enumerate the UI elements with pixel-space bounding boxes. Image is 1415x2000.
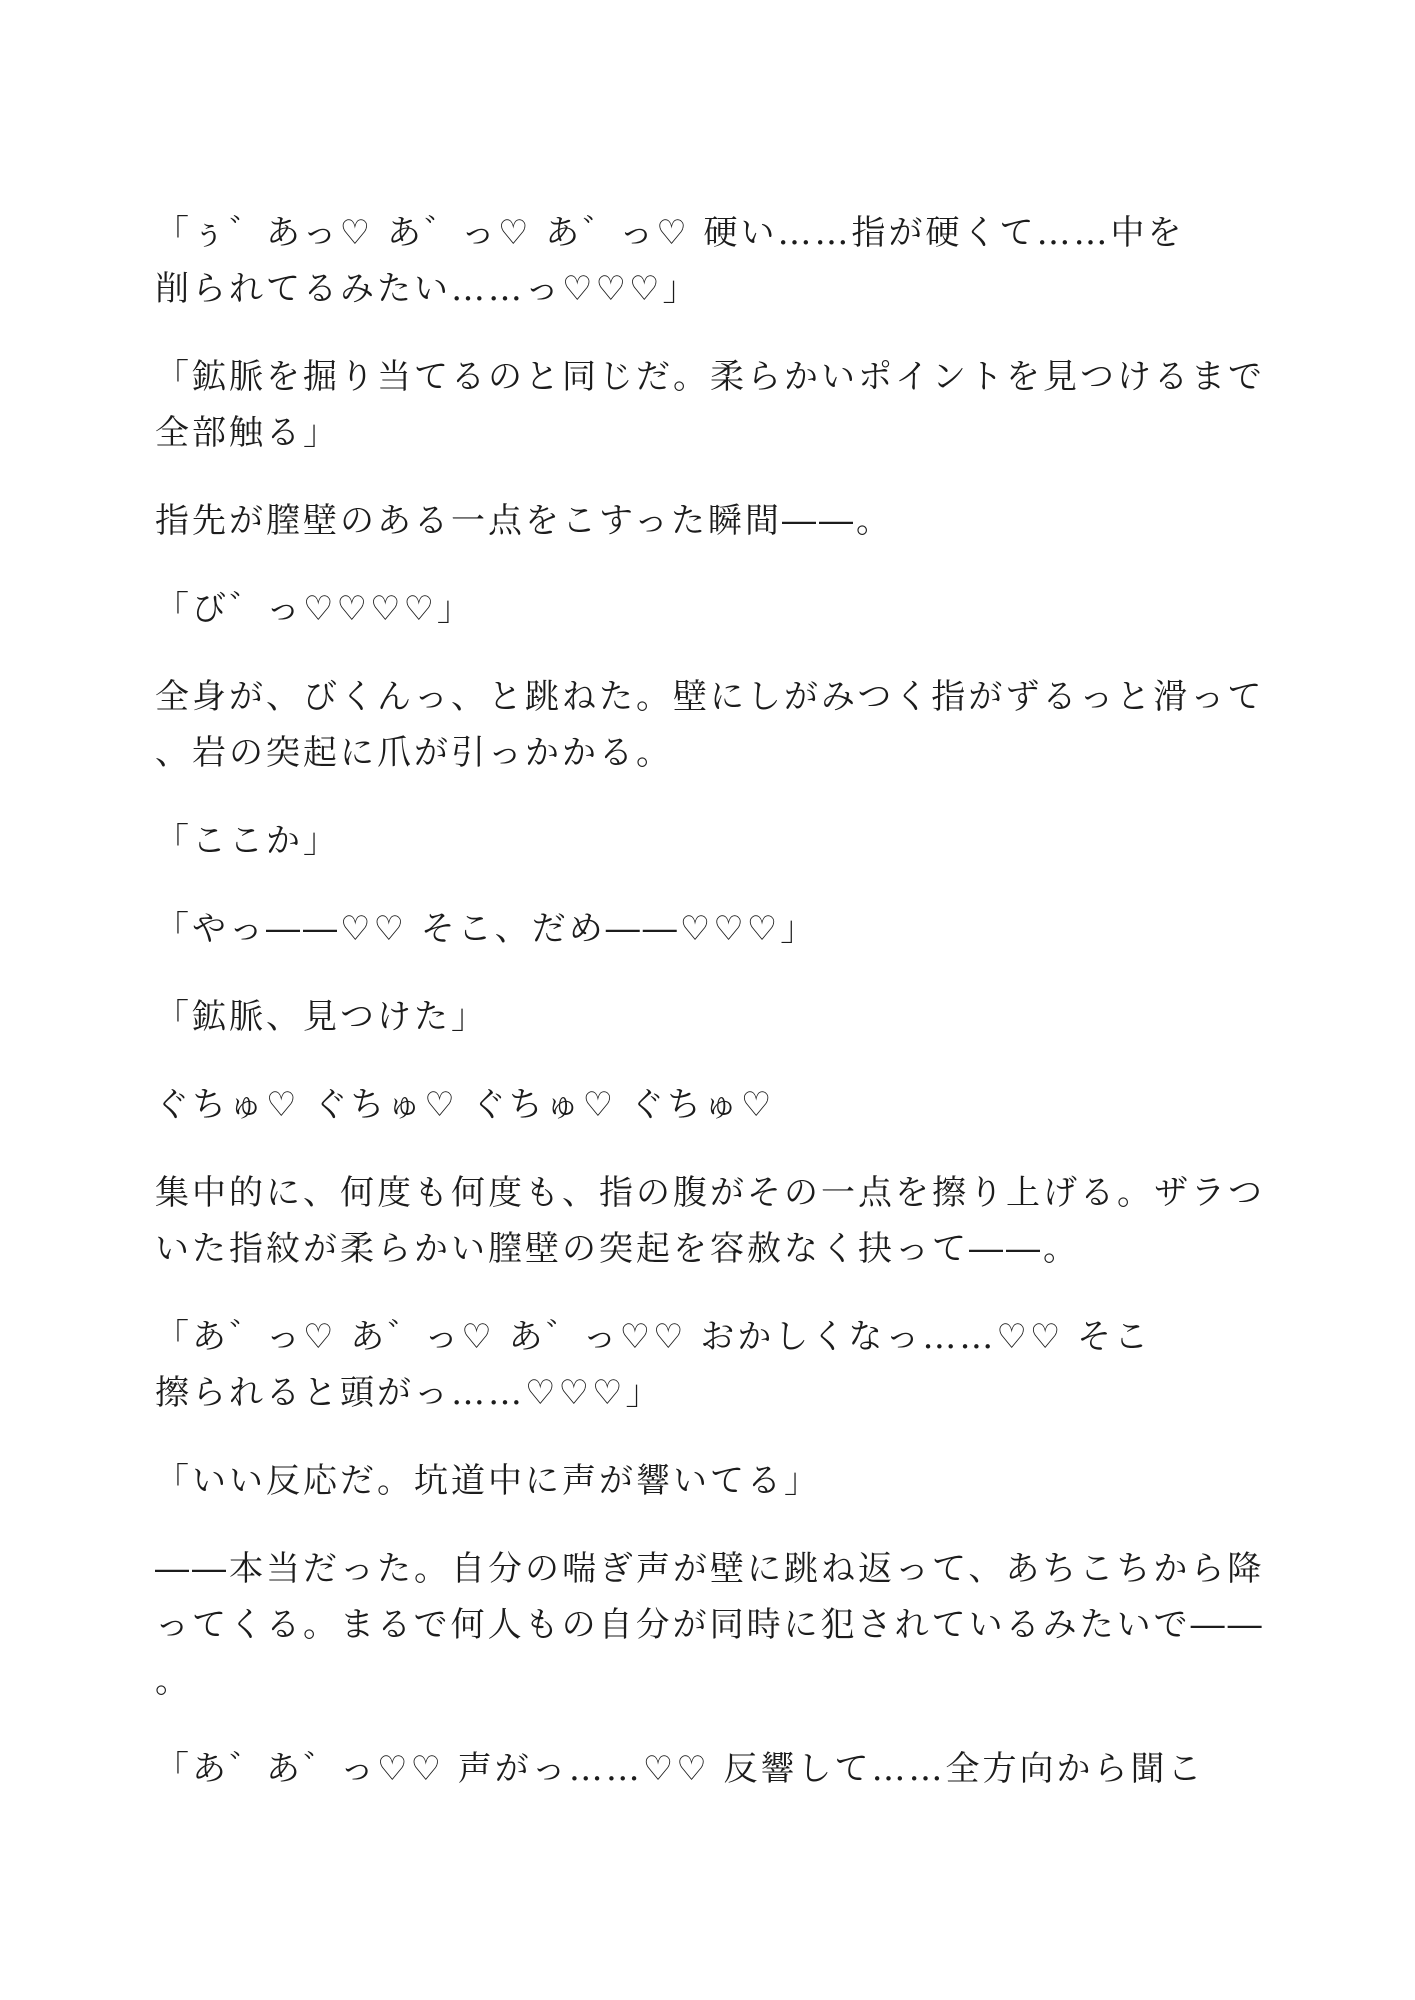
paragraph-dialogue: 「ぅ゛あっ♡ あ゛っ♡ あ゛っ♡ 硬い……指が硬くて……中を 削られてるみたい……: [155, 205, 1275, 317]
paragraph-dialogue: 「ここか」: [155, 813, 1275, 869]
paragraph-narration: 全身が、びくんっ、と跳ねた。壁にしがみつく指がずるっと滑って 、岩の突起に爪が引…: [155, 669, 1275, 781]
paragraph-dialogue: 「鉱脈、見つけた」: [155, 989, 1275, 1045]
paragraph-narration: 集中的に、何度も何度も、指の腹がその一点を擦り上げる。ザラつ いた指紋が柔らかい…: [155, 1165, 1275, 1277]
paragraph-narration: 指先が膣壁のある一点をこすった瞬間――。: [155, 493, 1275, 549]
document-page: 「ぅ゛あっ♡ あ゛っ♡ あ゛っ♡ 硬い……指が硬くて……中を 削られてるみたい……: [0, 0, 1415, 2000]
paragraph-sound-effect: ぐちゅ♡ ぐちゅ♡ ぐちゅ♡ ぐちゅ♡: [155, 1077, 1275, 1133]
paragraph-dialogue: 「あ゛っ♡ あ゛っ♡ あ゛っ♡♡ おかしくなっ……♡♡ そこ 擦られると頭がっ……: [155, 1309, 1275, 1421]
text-column: 「ぅ゛あっ♡ あ゛っ♡ あ゛っ♡ 硬い……指が硬くて……中を 削られてるみたい……: [155, 205, 1275, 1797]
paragraph-dialogue: 「び゛っ♡♡♡♡」: [155, 581, 1275, 637]
paragraph-dialogue: 「鉱脈を掘り当てるのと同じだ。柔らかいポイントを見つけるまで 全部触る」: [155, 349, 1275, 461]
paragraph-dialogue: 「いい反応だ。坑道中に声が響いてる」: [155, 1453, 1275, 1509]
paragraph-dialogue: 「あ゛あ゛っ♡♡ 声がっ……♡♡ 反響して……全方向から聞こ: [155, 1741, 1275, 1797]
paragraph-dialogue: 「やっ――♡♡ そこ、だめ――♡♡♡」: [155, 901, 1275, 957]
paragraph-narration: ――本当だった。自分の喘ぎ声が壁に跳ね返って、あちこちから降 ってくる。まるで何…: [155, 1541, 1275, 1709]
